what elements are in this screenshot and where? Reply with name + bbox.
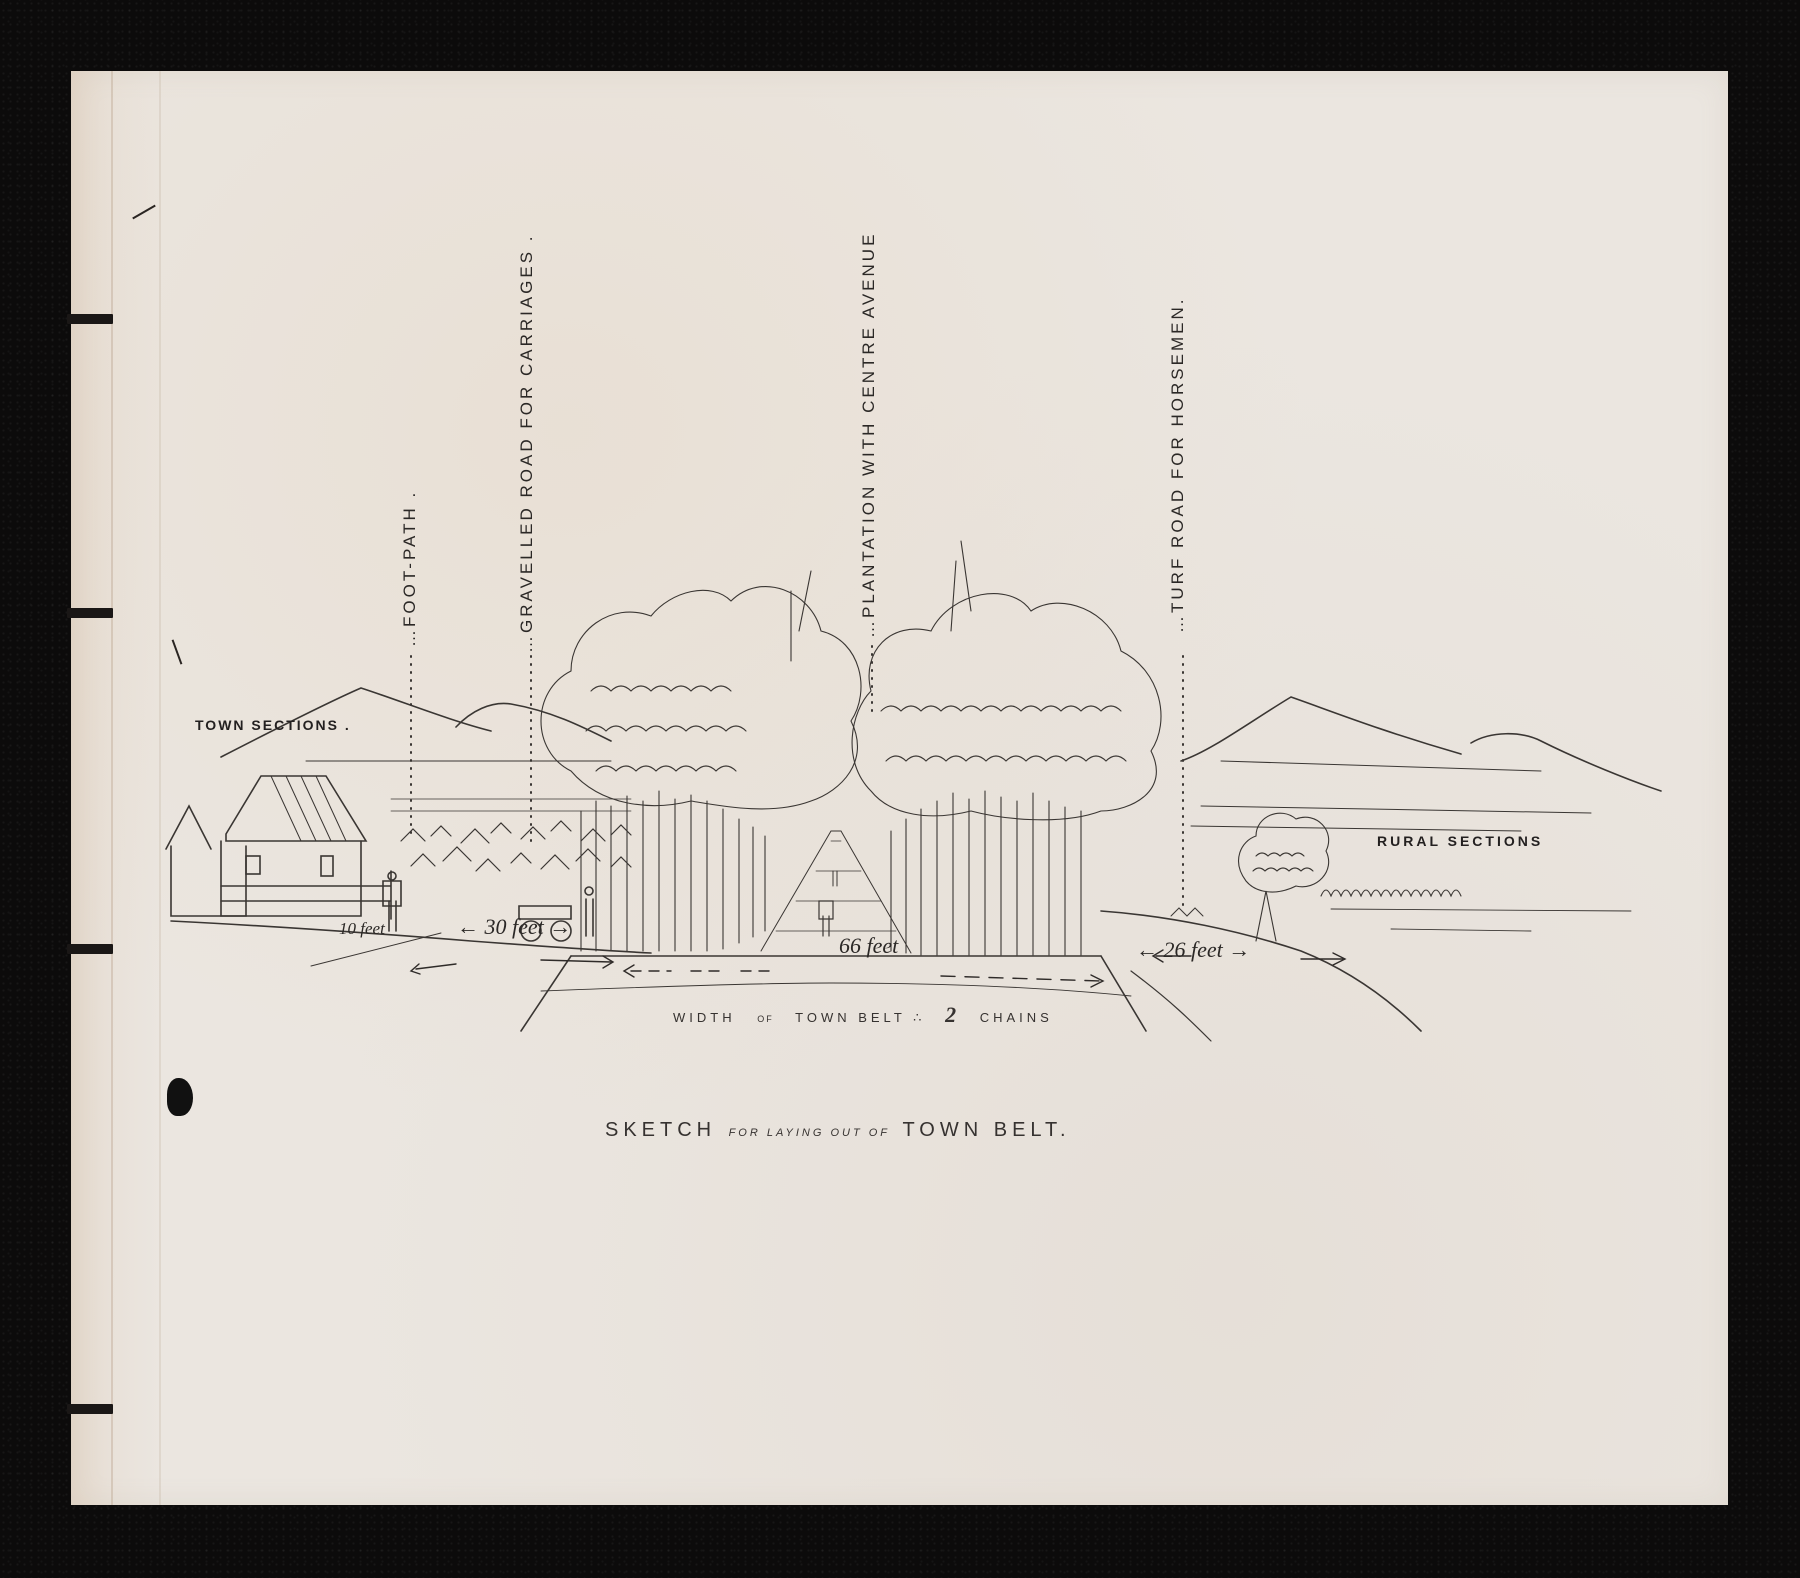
label-gravelled-road: …GRAVELLED ROAD FOR CARRIAGES . xyxy=(517,233,537,653)
dimension-foot-path-width: 10 feet xyxy=(339,919,385,939)
town-belt-words: TOWN BELT xyxy=(795,1010,905,1025)
label-town-sections: TOWN SECTIONS . xyxy=(195,717,351,733)
label-plantation-centre-avenue: …PLANTATION WITH CENTRE AVENUE xyxy=(859,232,879,638)
dimension-plantation-width: 66 feet xyxy=(839,933,898,959)
width-of-town-belt-caption: WIDTH OF TOWN BELT ∴ 2 CHAINS xyxy=(673,1002,1053,1028)
dimension-road-width: ← 30 feet → xyxy=(457,914,571,940)
label-turf-road: …TURF ROAD FOR HORSEMEN. xyxy=(1168,297,1188,633)
label-rural-sections: RURAL SECTIONS xyxy=(1377,833,1543,849)
of-word: OF xyxy=(757,1014,774,1024)
title-sketch: SKETCH xyxy=(605,1119,716,1141)
therefore-symbol: ∴ xyxy=(913,1010,925,1025)
label-foot-path: …FOOT-PATH . xyxy=(400,490,420,647)
chains-number: 2 xyxy=(945,1002,960,1027)
town-belt-sketch-illustration xyxy=(71,71,1728,1505)
chains-unit: CHAINS xyxy=(980,1010,1053,1025)
paper-sheet: …FOOT-PATH . …GRAVELLED ROAD FOR CARRIAG… xyxy=(71,71,1728,1505)
width-word: WIDTH xyxy=(673,1010,736,1025)
dimension-turf-road-width: ← 26 feet → xyxy=(1136,937,1250,963)
sketch-title: SKETCH FOR LAYING OUT OF TOWN BELT. xyxy=(605,1119,1071,1142)
title-for-laying-out-of: FOR LAYING OUT OF xyxy=(729,1127,890,1139)
title-town-belt: TOWN BELT. xyxy=(902,1119,1070,1141)
